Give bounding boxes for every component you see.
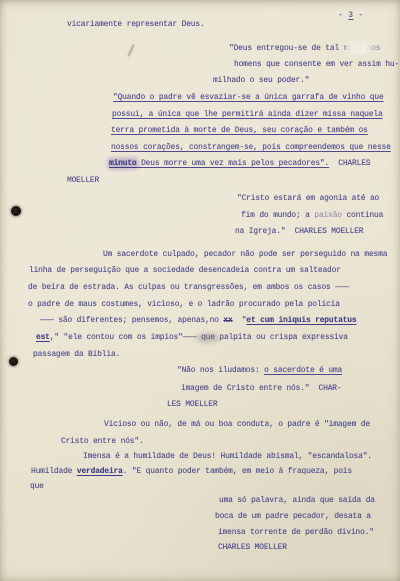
typed-segment: possui, a única que lhe permitirá ainda … [112, 110, 383, 119]
typed-line: imagem de Cristo entre nós." CHAR- [181, 384, 341, 394]
typed-line: Um sacerdote culpado, pecador não pode s… [103, 250, 387, 260]
typed-line: boca de um padre pecador, desata a [215, 512, 371, 522]
typed-segment: paixão [314, 211, 342, 220]
typed-segment: fim do mundo; a [241, 211, 314, 220]
typed-line: linha de perseguição que a sociedade des… [29, 266, 341, 276]
page-number-prefix: - [338, 11, 348, 20]
typed-segment: imagem de Cristo entre nós." CHAR- [181, 384, 341, 393]
typed-line: Cristo entre nós". [61, 437, 144, 447]
typed-segment: est [36, 333, 50, 342]
typed-segment: imensa torrente de perdão divino." [218, 528, 374, 537]
typed-line: passagem da Bíblia. [33, 350, 120, 360]
typed-line: Imensa é a humildade de Deus! Humildade … [83, 452, 372, 462]
typed-line: CHARLES MOELLER [218, 543, 287, 553]
typed-segment: MOELLER [67, 176, 99, 185]
typed-line: "Não nos iludamos: o sacerdote é uma [177, 366, 342, 376]
typed-segment: "Não nos iludamos: [177, 366, 264, 375]
typed-segment: minuto [109, 159, 137, 168]
typed-segment: . "E quanto poder também, em meio à fraq… [123, 467, 352, 476]
typed-segment: que [30, 482, 44, 491]
page-number-suffix: - [353, 11, 363, 20]
typed-segment: passagem da Bíblia. [33, 350, 120, 359]
typed-segment: homens que consente em ver assim hu- [234, 60, 399, 69]
typed-line: que [30, 482, 44, 492]
typed-line: LES MOELLER [167, 400, 217, 410]
typed-segment: CHARLES MOELLER [218, 543, 287, 552]
typed-line: Vicioso ou não, de má ou boa conduta, o … [104, 420, 370, 430]
typed-line: terra prometida à morte de Deus, seu cor… [111, 126, 368, 136]
typed-line: o padre de maus costumes, vicioso, e o l… [28, 300, 340, 310]
typed-line: Humildade verdadeira. "E quanto poder ta… [31, 467, 352, 477]
typed-line: de beira de estrada. As culpas ou transg… [28, 283, 349, 293]
typed-segment: o sacerdote é uma [264, 366, 342, 375]
typed-segment: uma só palavra, ainda que saída da [219, 496, 375, 505]
typed-segment: milhado o seu poder." [213, 76, 309, 85]
typed-segment: "Quando o padre vê esvaziar-se a única g… [113, 93, 384, 102]
typed-line: ——— são diferentes; pensemos, apenas,no … [40, 316, 356, 326]
scanned-document-page: - 3 - vicariamente representar Deus."Deu… [0, 0, 400, 581]
typed-segment: ——— são diferentes; pensemos, apenas,no [40, 316, 223, 325]
typed-line: imensa torrente de perdão divino." [218, 528, 374, 538]
typed-segment: xx [223, 316, 232, 325]
typed-line: MOELLER [67, 176, 99, 186]
typed-segment: terra prometida à morte de Deus, seu cor… [111, 126, 368, 135]
typed-segment: de beira de estrada. As culpas ou transg… [28, 283, 349, 292]
typed-segment: verdadeira [77, 467, 123, 476]
typed-line: na Igreja." CHARLES MOELLER [235, 227, 363, 237]
typed-segment: linha de perseguição que a sociedade des… [29, 266, 341, 275]
typed-line: minuto Deus morre uma vez mais pelos pec… [109, 159, 370, 169]
smudge-artifact [196, 333, 220, 343]
smudge-artifact [344, 42, 372, 54]
typed-segment: nossos corações, constrangem-se, pois co… [111, 143, 391, 152]
typed-line: "Quando o padre vê esvaziar-se a única g… [113, 93, 384, 103]
typed-segment: et cum iniquis reputatus [246, 316, 356, 325]
typed-segment: Imensa é a humildade de Deus! Humildade … [83, 452, 372, 461]
typed-segment: Humildade [31, 467, 77, 476]
typed-segment: vicariamente representar Deus. [67, 20, 205, 29]
typed-segment: Vicioso ou não, de má ou boa conduta, o … [104, 420, 370, 429]
typed-line: uma só palavra, ainda que saída da [219, 496, 375, 506]
typed-segment: "Cristo estará em agonia até ao [237, 194, 379, 203]
hole-punch [9, 357, 18, 366]
typed-line: vicariamente representar Deus. [67, 20, 205, 30]
typed-line: "Cristo estará em agonia até ao [237, 194, 379, 204]
typed-segment: CHARLES [329, 159, 370, 168]
typed-segment: LES MOELLER [167, 400, 217, 409]
typed-segment: Deus morre uma vez mais pelos pecadores"… [137, 159, 330, 168]
typed-segment: Cristo entre nós". [61, 437, 144, 446]
typed-line: fim do mundo; a paixão continua [241, 211, 383, 221]
typed-line: nossos corações, constrangem-se, pois co… [111, 143, 391, 153]
typed-line: possui, a única que lhe permitirá ainda … [112, 110, 383, 120]
smudge-artifact [127, 44, 134, 57]
typed-segment: " [233, 316, 247, 325]
typed-segment: continua [342, 211, 383, 220]
typed-segment: o padre de maus costumes, vicioso, e o l… [28, 300, 340, 309]
page-number: - 3 - [338, 11, 364, 20]
typed-segment: boca de um padre pecador, desata a [215, 512, 371, 521]
typed-segment: Um sacerdote culpado, pecador não pode s… [103, 250, 387, 259]
typed-line: est," "ele contou com os ímpios"——— que … [36, 333, 348, 343]
hole-punch [11, 206, 21, 216]
typed-segment: na Igreja." CHARLES MOELLER [235, 227, 363, 236]
typed-line: homens que consente em ver assim hu- [234, 60, 399, 70]
typed-line: milhado o seu poder." [213, 76, 309, 86]
